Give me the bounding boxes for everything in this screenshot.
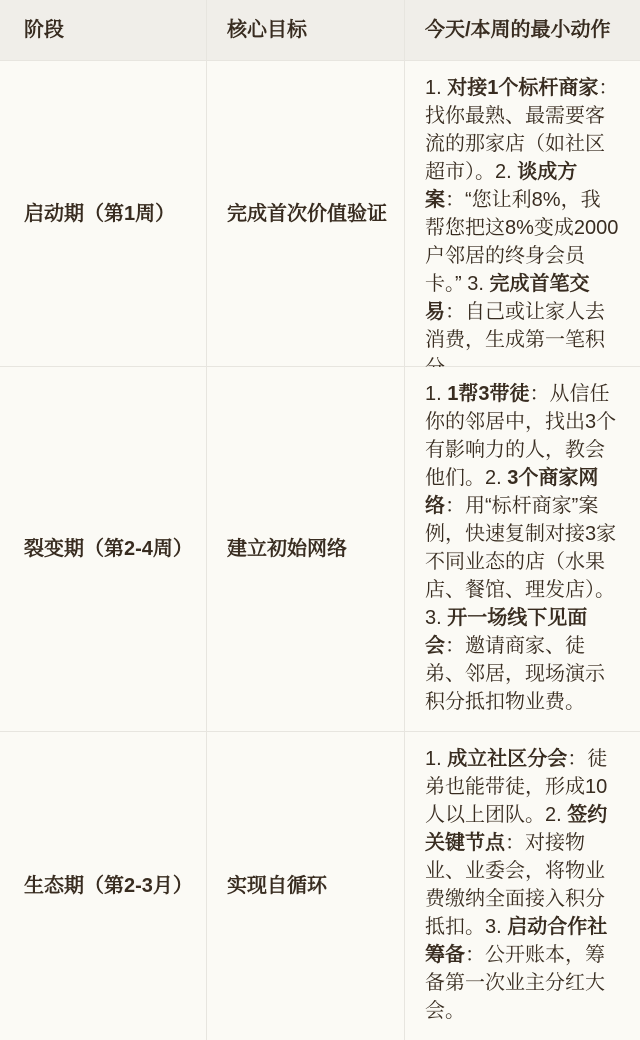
actions-text: 1. 1帮3带徒：从信任你的邻居中，找出3个有影响力的人，教会他们。2. 3个商…	[425, 380, 620, 716]
stage-cell: 生态期（第2-3月）	[0, 732, 207, 1040]
stage-label: 裂变期（第2-4周）	[24, 535, 193, 563]
actions-text: 1. 对接1个标杆商家：找你最熟、最需要客流的那家店（如社区超市）。2. 谈成方…	[425, 74, 620, 382]
column-header-goal-label: 核心目标	[227, 16, 307, 44]
actions-cell: 1. 1帮3带徒：从信任你的邻居中，找出3个有影响力的人，教会他们。2. 3个商…	[405, 367, 640, 731]
goal-label: 实现自循环	[227, 872, 327, 900]
column-header-goal: 核心目标	[207, 0, 405, 60]
action-text: 1.	[425, 383, 447, 405]
stage-label: 生态期（第2-3月）	[24, 872, 193, 900]
action-title: 成立社区分会	[447, 748, 567, 770]
goal-cell: 完成首次价值验证	[207, 61, 405, 366]
table-row-ecosystem-phase: 生态期（第2-3月） 实现自循环 1. 成立社区分会：徒弟也能带徒，形成10人以…	[0, 732, 640, 1040]
actions-cell: 1. 对接1个标杆商家：找你最熟、最需要客流的那家店（如社区超市）。2. 谈成方…	[405, 61, 640, 366]
action-text: ：邀请商家、徒弟、邻居，现场演示积分抵扣物业费。	[425, 635, 605, 713]
goal-label: 完成首次价值验证	[227, 200, 387, 228]
action-text: 1.	[425, 748, 447, 770]
action-title: 1帮3带徒	[447, 383, 529, 405]
stage-label: 启动期（第1周）	[24, 200, 175, 228]
column-header-stage-label: 阶段	[24, 16, 64, 44]
goal-cell: 实现自循环	[207, 732, 405, 1040]
actions-text: 1. 成立社区分会：徒弟也能带徒，形成10人以上团队。2. 签约关键节点：对接物…	[425, 745, 620, 1025]
table-header-row: 阶段 核心目标 今天/本周的最小动作	[0, 0, 640, 61]
action-title: 对接1个标杆商家	[447, 77, 598, 99]
goal-label: 建立初始网络	[227, 535, 347, 563]
table-row-fission-phase: 裂变期（第2-4周） 建立初始网络 1. 1帮3带徒：从信任你的邻居中，找出3个…	[0, 367, 640, 732]
actions-cell: 1. 成立社区分会：徒弟也能带徒，形成10人以上团队。2. 签约关键节点：对接物…	[405, 732, 640, 1040]
goal-cell: 建立初始网络	[207, 367, 405, 731]
table-row-launch-phase: 启动期（第1周） 完成首次价值验证 1. 对接1个标杆商家：找你最熟、最需要客流…	[0, 61, 640, 367]
column-header-actions: 今天/本周的最小动作	[405, 0, 640, 60]
stage-cell: 启动期（第1周）	[0, 61, 207, 366]
action-text: 1.	[425, 77, 447, 99]
stage-cell: 裂变期（第2-4周）	[0, 367, 207, 731]
column-header-actions-label: 今天/本周的最小动作	[425, 16, 611, 44]
stage-plan-table: 阶段 核心目标 今天/本周的最小动作 启动期（第1周） 完成首次价值验证 1. …	[0, 0, 640, 1040]
column-header-stage: 阶段	[0, 0, 207, 60]
